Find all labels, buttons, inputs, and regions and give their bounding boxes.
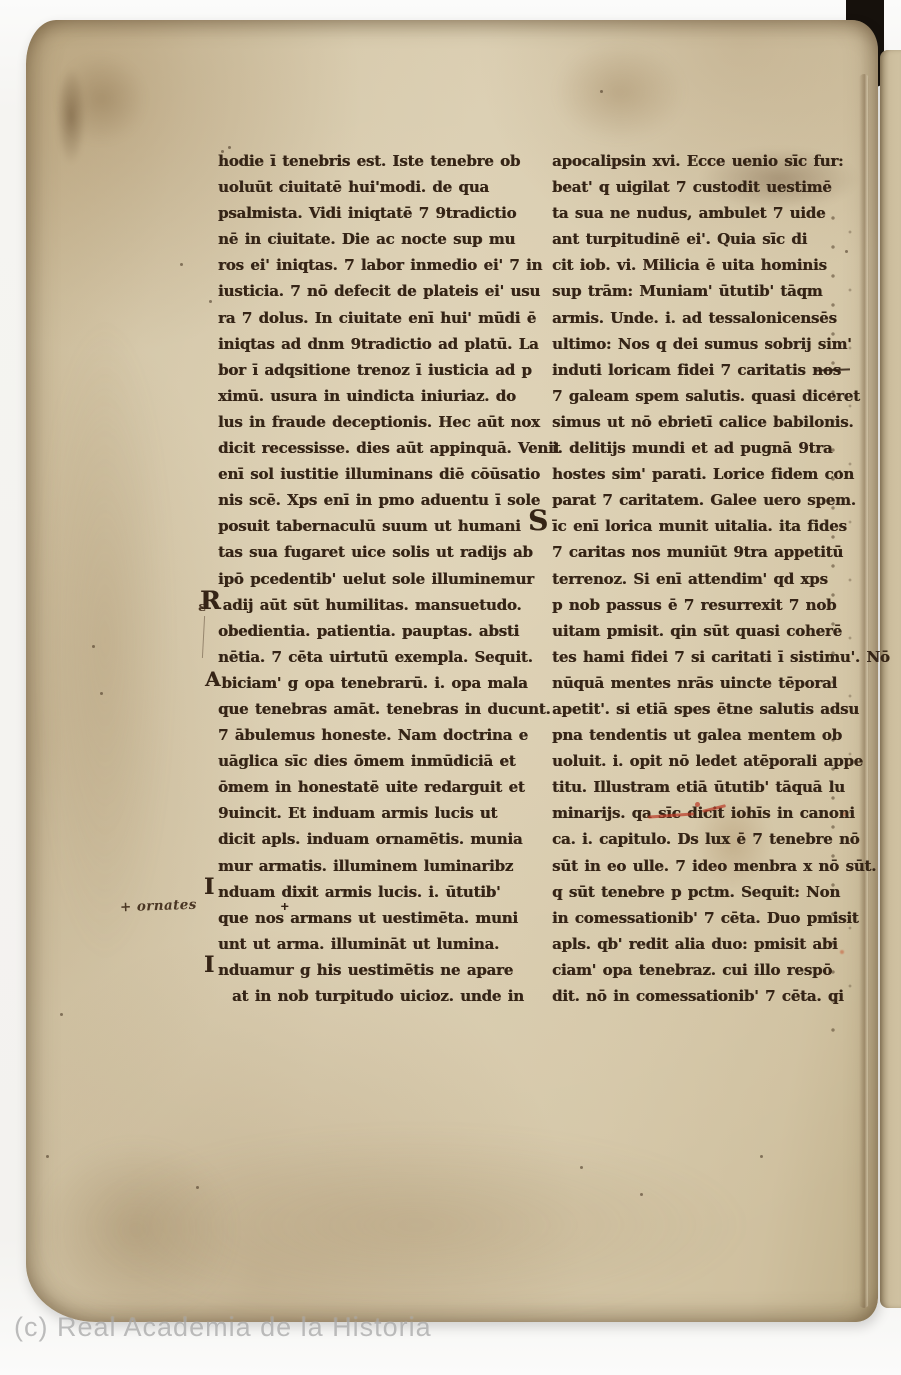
manuscript-line: iusticia. 7 nō defecit de plateis ei' us… <box>218 278 534 304</box>
manuscript-line: ros ei' iniqtas. 7 labor inmedio ei' 7 i… <box>218 252 534 278</box>
manuscript-scan: ɛ + ornates hodie ī tenebris est. Iste t… <box>0 0 901 1375</box>
manuscript-line: simus ut nō ebrietī calice babilonis. <box>552 409 874 435</box>
manuscript-line: titu. Illustram etiā ūtutib' tāquā lu <box>552 774 874 800</box>
manuscript-line: nē in ciuitate. Die ac nocte sup mu <box>218 226 534 252</box>
manuscript-line: tas sua fugaret uice solis ut radijs ab <box>218 539 534 565</box>
manuscript-line: bor ī adqsitione trenoz ī iusticia ad p <box>218 357 534 383</box>
manuscript-line: dicit apls. induam ornamētis. munia <box>218 826 534 852</box>
ink-speck <box>180 263 183 266</box>
manuscript-line: ta sua ne nudus, ambulet 7 uide <box>552 200 874 226</box>
manuscript-line-initial: Induamur g his uestimētis ne apare <box>218 957 534 983</box>
manuscript-line: at in nob turpitudo uicioz. unde in <box>218 983 534 1009</box>
manuscript-line: armis. Unde. i. ad tessalonicensēs <box>552 305 874 331</box>
manuscript-line-initial: Radij aūt sūt humilitas. mansuetudo. <box>218 592 534 618</box>
manuscript-line: cit iob. vi. Milicia ē uita hominis <box>552 252 874 278</box>
ink-speck <box>209 300 212 303</box>
manuscript-line: ant turpitudinē ei'. Quia sīc di <box>552 226 874 252</box>
manuscript-line: hostes sim' parati. Lorice fidem con <box>552 461 874 487</box>
manuscript-line: i. delitijs mundi et ad pugnā 9tra <box>552 435 874 461</box>
ink-speck <box>600 90 603 93</box>
manuscript-line: ciam' opa tenebraz. cui illo respō <box>552 957 874 983</box>
manuscript-line-initial: Sīc enī lorica munit uitalia. ita fides <box>552 513 874 539</box>
parchment-page: ɛ + ornates hodie ī tenebris est. Iste t… <box>26 20 878 1322</box>
manuscript-line: ximū. usura in uindicta iniuriaz. do <box>218 383 534 409</box>
manuscript-line: obedientia. patientia. pauptas. absti <box>218 618 534 644</box>
manuscript-line-initial: Abiciam' g opa tenebrarū. i. opa mala <box>218 670 534 696</box>
manuscript-line: sup trām: Muniam' ūtutib' tāqm <box>552 278 874 304</box>
manuscript-line: apetit'. si etiā spes ētne salutis adsu <box>552 696 874 722</box>
manuscript-line: dit. nō in comessationib' 7 cēta. qi <box>552 983 874 1009</box>
manuscript-line: q sūt tenebre p pctm. Sequit: Non <box>552 879 874 905</box>
insertion-caret: + <box>280 894 289 920</box>
ink-speck <box>580 1166 583 1169</box>
manuscript-line: uitam pmisit. qin sūt quasi coherē <box>552 618 874 644</box>
manuscript-line: nis scē. Xps enī in pmo aduentu ī sole <box>218 487 534 513</box>
manuscript-line: ca. i. capitulo. Ds lux ē 7 tenebre nō <box>552 826 874 852</box>
manuscript-line: que nos armans ut uestimēta. muni <box>218 905 534 931</box>
manuscript-line: p nob passus ē 7 resurrexit 7 nob <box>552 592 874 618</box>
manuscript-line: ōmem in honestatē uite redarguit et <box>218 774 534 800</box>
manuscript-line: ipō pcedentib' uelut sole illuminemur <box>218 566 534 592</box>
manuscript-line: enī sol iustitie illuminans diē cōūsatio <box>218 461 534 487</box>
manuscript-line: unt ut arma. illumināt ut lumina. <box>218 931 534 957</box>
manuscript-line: mur armatis. illuminem luminaribz <box>218 853 534 879</box>
manuscript-line: uoluit. i. opit nō ledet atēporali appe <box>552 748 874 774</box>
adjacent-page-edge <box>880 50 901 1308</box>
manuscript-line: uāglica sīc dies ōmem inmūdiciā et <box>218 748 534 774</box>
manuscript-line: 7 ābulemus honeste. Nam doctrina e <box>218 722 534 748</box>
marginal-gloss: + ornates <box>120 897 197 916</box>
manuscript-line: apls. qb' redit alia duo: pmisit abi <box>552 931 874 957</box>
ink-speck <box>46 1155 49 1158</box>
red-correction-mark <box>695 802 700 807</box>
manuscript-line: posuit tabernaculū suum ut humani <box>218 513 534 539</box>
edge-damage <box>56 68 86 164</box>
manuscript-line: nūquā mentes nrās uincte tēporal <box>552 670 874 696</box>
manuscript-line: 9uincit. Et induam armis lucis ut <box>218 800 534 826</box>
manuscript-line: parat 7 caritatem. Galee uero spem. <box>552 487 874 513</box>
manuscript-line: dicit recessisse. dies aūt appinquā. Ven… <box>218 435 534 461</box>
manuscript-line: apocalipsin xvi. Ecce uenio sīc fur: <box>552 148 874 174</box>
manuscript-line: tes hami fidei 7 si caritati ī sistimu'.… <box>552 644 874 670</box>
manuscript-line: hodie ī tenebris est. Iste tenebre ob <box>218 148 534 174</box>
ink-speck <box>60 1013 63 1016</box>
manuscript-line-initial: Induam dixit armis lucis. i. ūtutib' <box>218 879 534 905</box>
manuscript-line-rubricated: minarijs. qa sīc dicit iohīs in canoni <box>552 800 874 826</box>
manuscript-line: 7 caritas nos muniūt 9tra appetitū <box>552 539 874 565</box>
watermark: (c) Real Academia de la Historia <box>14 1312 432 1343</box>
manuscript-line: lus in fraude deceptionis. Hec aūt nox <box>218 409 534 435</box>
manuscript-line: psalmista. Vidi iniqtatē 7 9tradictio <box>218 200 534 226</box>
text-column-left: hodie ī tenebris est. Iste tenebre ob uo… <box>218 148 534 1009</box>
manuscript-line: pna tendentis ut galea mentem ob <box>552 722 874 748</box>
manuscript-line: que tenebras amāt. tenebras in ducunt. <box>218 696 534 722</box>
manuscript-line: 7 galeam spem salutis. quasi diceret <box>552 383 874 409</box>
top-stain <box>555 42 685 142</box>
ink-speck <box>100 692 103 695</box>
manuscript-line: ra 7 dolus. In ciuitate enī hui' mūdi ē <box>218 305 534 331</box>
manuscript-line: nētia. 7 cēta uirtutū exempla. Sequit. <box>218 644 534 670</box>
manuscript-line: beat' q uigilat 7 custodit uestimē <box>552 174 874 200</box>
manuscript-line: in comessationib' 7 cēta. Duo pmisit <box>552 905 874 931</box>
manuscript-line: iniqtas ad dnm 9tradictio ad platū. La <box>218 331 534 357</box>
manuscript-line: uoluūt ciuitatē hui'modi. de qua <box>218 174 534 200</box>
ink-speck <box>640 1193 643 1196</box>
left-margin-stain <box>40 320 170 960</box>
manuscript-line: sūt in eo ulle. 7 ideo menbra x nō sūt. <box>552 853 874 879</box>
ink-speck <box>92 645 95 648</box>
manuscript-line: ultimo: Nos q dei sumus sobrij sim' <box>552 331 874 357</box>
ink-speck <box>760 1155 763 1158</box>
bottom-mottling <box>86 1130 746 1320</box>
bottom-left-mottling <box>36 1140 236 1320</box>
ink-speck <box>196 1186 199 1189</box>
manuscript-line: terrenoz. Si enī attendim' qd xps <box>552 566 874 592</box>
text-column-right: apocalipsin xvi. Ecce uenio sīc fur: bea… <box>552 148 874 1009</box>
